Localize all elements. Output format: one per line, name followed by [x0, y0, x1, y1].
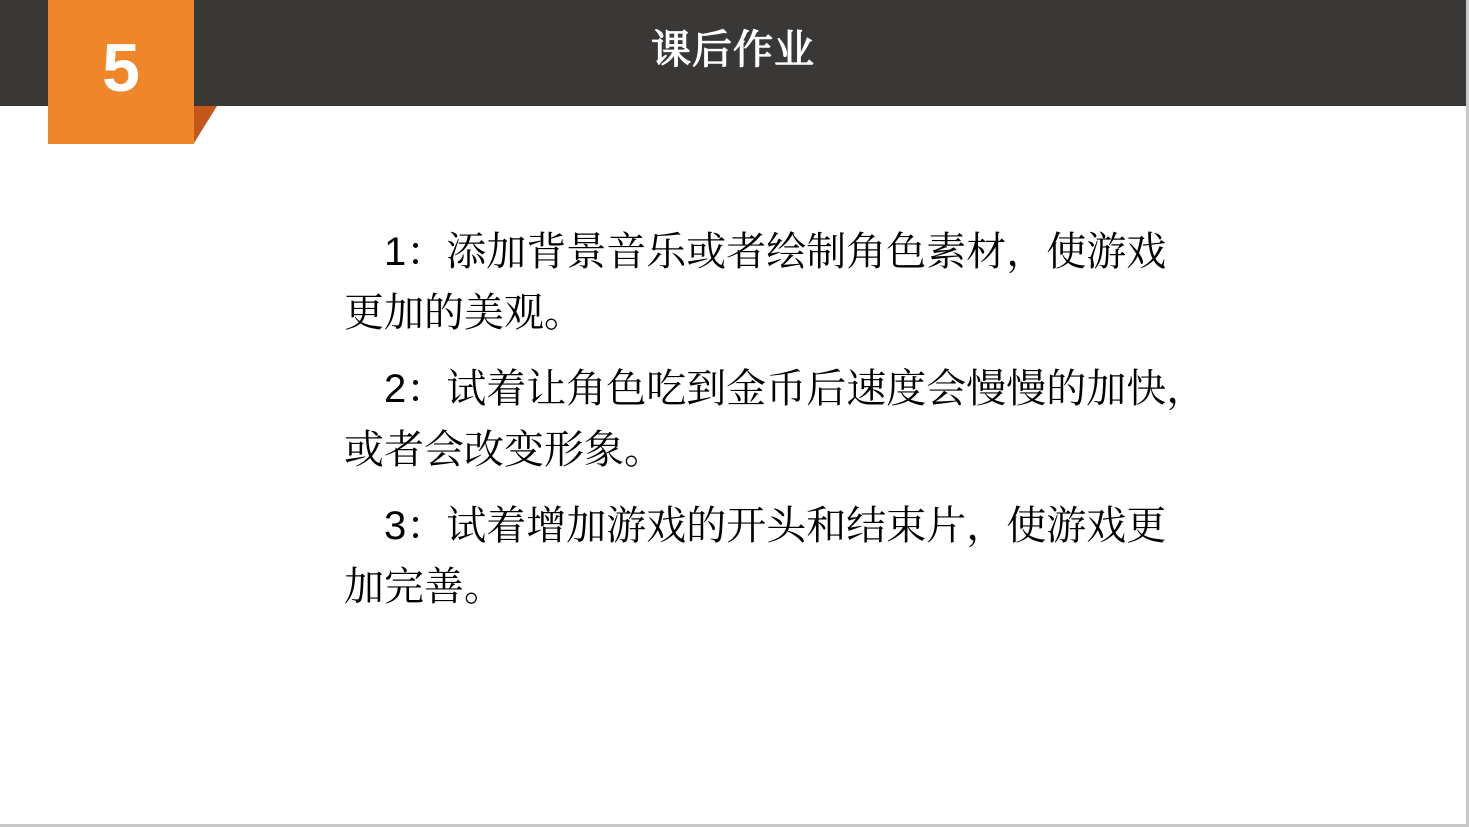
- text-line: 加完善。: [344, 557, 1184, 618]
- presentation-slide: 课后作业 5 1：添加背景音乐或者绘制角色素材，使游戏 更加的美观。 2：试着让…: [0, 0, 1469, 827]
- homework-item-3: 3：试着增加游戏的开头和结束片，使游戏更 加完善。: [344, 496, 1184, 618]
- chapter-number-badge: 5: [48, 0, 194, 144]
- slide-title: 课后作业: [651, 30, 815, 76]
- text-line: 或者会改变形象。: [344, 420, 1184, 481]
- chapter-number: 5: [102, 34, 140, 110]
- body-text-block: 1：添加背景音乐或者绘制角色素材，使游戏 更加的美观。 2：试着让角色吃到金币后…: [344, 222, 1184, 633]
- text-line: 2：试着让角色吃到金币后速度会慢慢的加快，: [344, 359, 1184, 420]
- homework-item-2: 2：试着让角色吃到金币后速度会慢慢的加快， 或者会改变形象。: [344, 359, 1184, 481]
- text-line: 更加的美观。: [344, 283, 1184, 344]
- badge-fold-triangle: [194, 106, 217, 143]
- text-line: 1：添加背景音乐或者绘制角色素材，使游戏: [344, 222, 1184, 283]
- header-bar: 课后作业: [0, 0, 1466, 106]
- text-line: 3：试着增加游戏的开头和结束片，使游戏更: [344, 496, 1184, 557]
- homework-item-1: 1：添加背景音乐或者绘制角色素材，使游戏 更加的美观。: [344, 222, 1184, 344]
